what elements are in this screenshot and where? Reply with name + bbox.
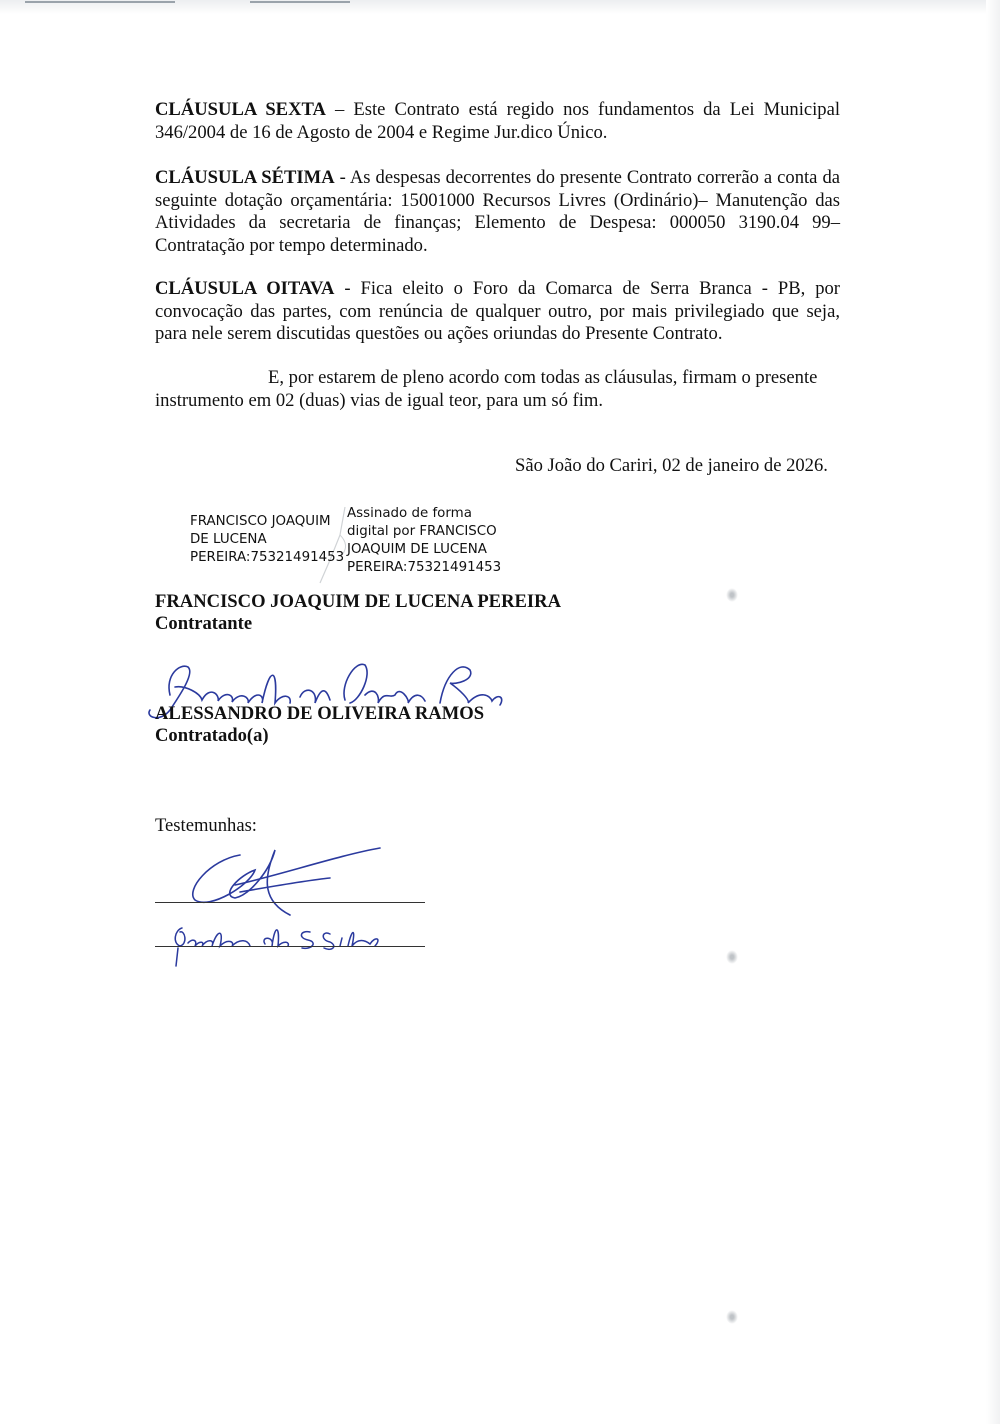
scan-artifact [726, 1310, 738, 1324]
witness-1-handwritten-signature [180, 840, 390, 920]
digital-signature-name: FRANCISCO JOAQUIM DE LUCENA PEREIRA:7532… [190, 513, 355, 567]
contractor-name: FRANCISCO JOAQUIM DE LUCENA PEREIRA [155, 591, 561, 613]
contracted-name: ALESSANDRO DE OLIVEIRA RAMOS [155, 703, 484, 725]
clause-oitava: CLÁUSULA OITAVA - Fica eleito o Foro da … [155, 278, 840, 346]
witness-2-signature-line [155, 946, 425, 947]
closing-paragraph: E, por estarem de pleno acordo com todas… [155, 367, 840, 412]
date-line: São João do Cariri, 02 de janeiro de 202… [515, 455, 828, 477]
scan-artifact [250, 1, 350, 3]
scan-edge-top [0, 0, 1000, 14]
contractor-role: Contratante [155, 613, 252, 635]
scan-edge-right [986, 0, 1000, 1424]
contracted-role: Contratado(a) [155, 725, 269, 747]
scan-artifact [726, 588, 738, 602]
digital-signature-details: Assinado de forma digital por FRANCISCO … [347, 505, 527, 577]
clause-title: CLÁUSULA SEXTA [155, 99, 326, 120]
clause-sexta: CLÁUSULA SEXTA – Este Contrato está regi… [155, 99, 840, 144]
scan-artifact [25, 1, 175, 3]
witness-1-signature-line [155, 902, 425, 903]
digital-signature-stamp: FRANCISCO JOAQUIM DE LUCENA PEREIRA:7532… [190, 505, 520, 585]
clause-title: CLÁUSULA OITAVA [155, 278, 334, 299]
scan-artifact [726, 950, 738, 964]
witness-2-handwritten-signature [160, 918, 390, 968]
clause-setima: CLÁUSULA SÉTIMA - As despesas decorrente… [155, 167, 840, 257]
clause-title: CLÁUSULA SÉTIMA [155, 167, 335, 188]
witnesses-label: Testemunhas: [155, 815, 257, 837]
